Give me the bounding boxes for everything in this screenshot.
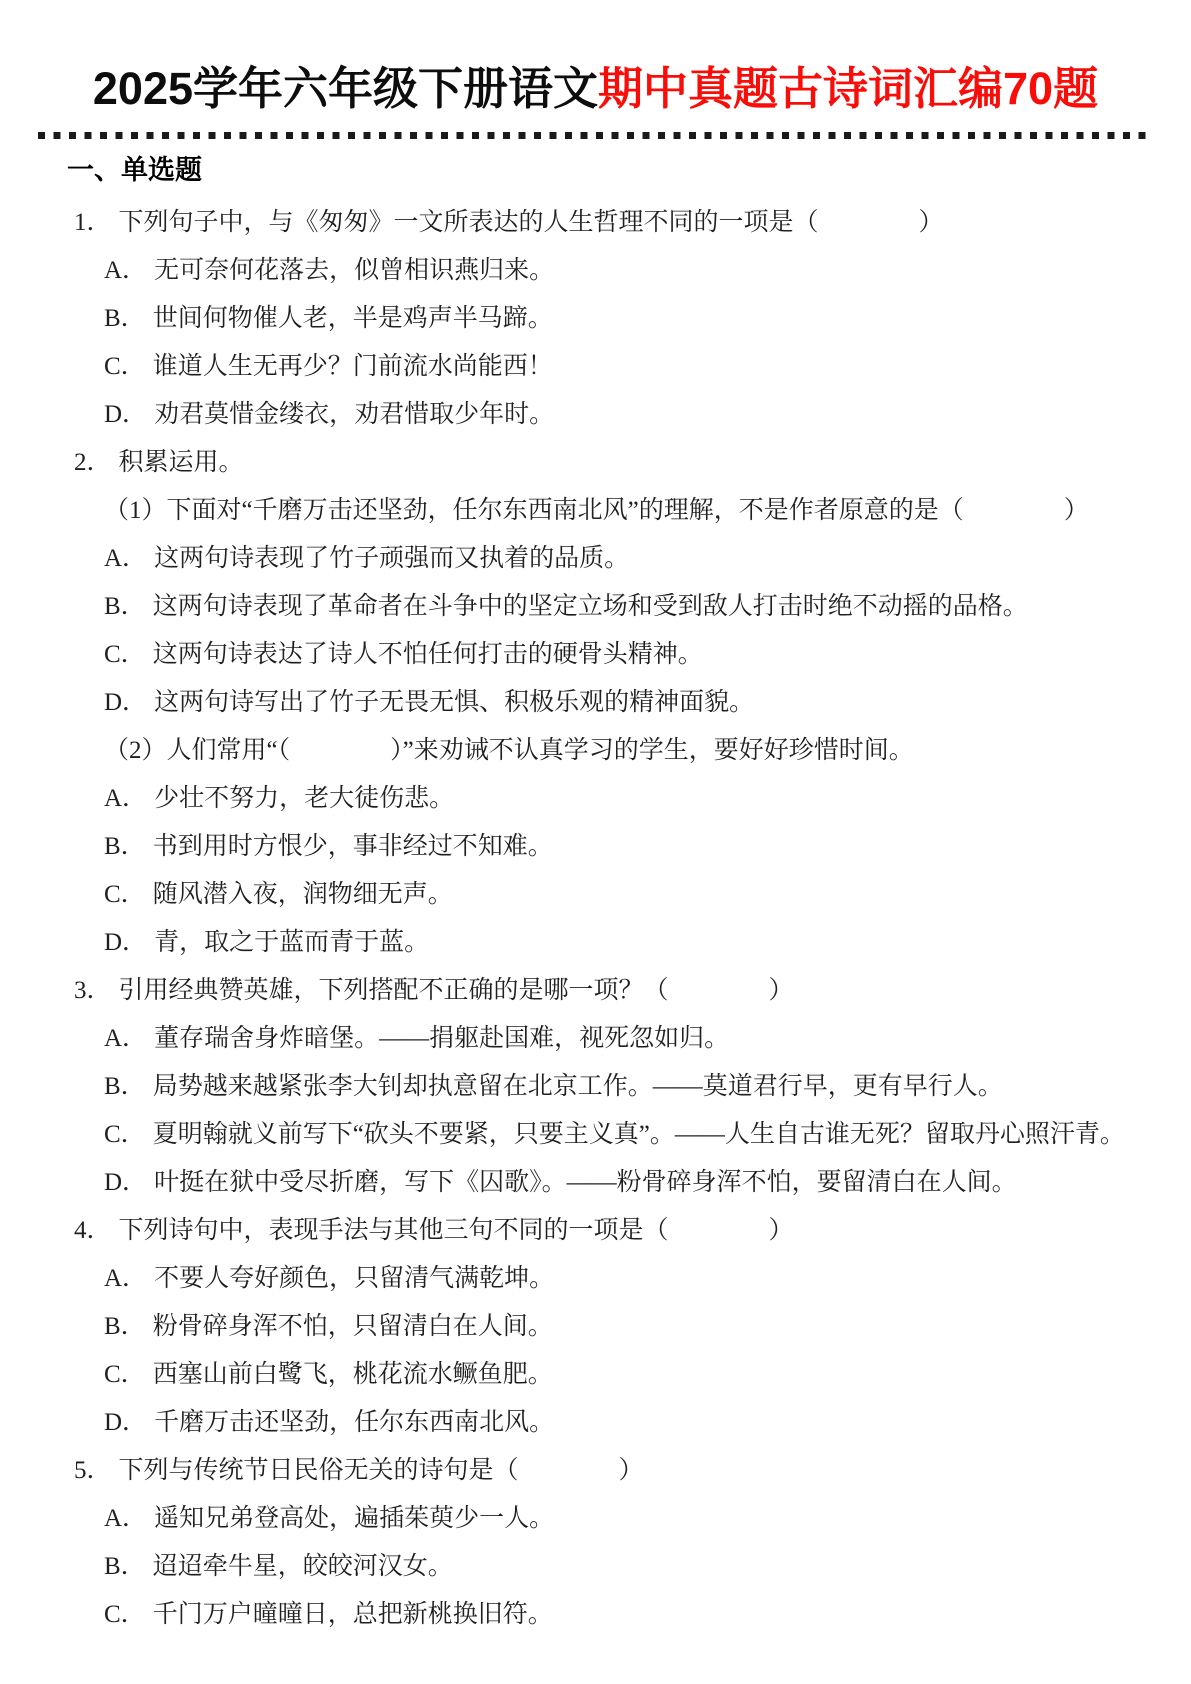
question-2-sub-1-option-d: D．这两句诗写出了竹子无畏无惧、积极乐观的精神面貌。 <box>0 676 1191 724</box>
option-label: B． <box>104 1066 146 1102</box>
option-label: A． <box>104 1258 147 1294</box>
question-4-option-b: B．粉骨碎身浑不怕，只留清白在人间。 <box>0 1300 1191 1348</box>
option-label: A． <box>104 778 147 814</box>
option-text: 千门万户曈曈日，总把新桃换旧符。 <box>153 1594 553 1630</box>
question-5-option-a: A．遥知兄弟登高处，遍插茱萸少一人。 <box>0 1492 1191 1540</box>
option-label: A． <box>104 538 147 574</box>
question-2-sub-1: （1）下面对“千磨万击还坚劲，任尔东西南北风”的理解，不是作者原意的是（ ） <box>0 484 1191 532</box>
question-1-option-c: C．谁道人生无再少？门前流水尚能西！ <box>0 340 1191 388</box>
option-text: 夏明翰就义前写下“砍头不要紧，只要主义真”。——人生自古谁无死？留取丹心照汗青。 <box>153 1114 1125 1150</box>
option-label: D． <box>104 682 147 718</box>
question-2-sub-2-option-a: A．少壮不努力，老大徒伤悲。 <box>0 772 1191 820</box>
page-title: 2025学年六年级下册语文期中真题古诗词汇编70题 <box>0 0 1191 114</box>
option-text: 遥知兄弟登高处，遍插茱萸少一人。 <box>154 1498 554 1534</box>
option-label: C． <box>104 1354 146 1390</box>
option-text: 西塞山前白鹭飞，桃花流水鳜鱼肥。 <box>153 1354 553 1390</box>
option-text: 局势越来越紧张李大钊却执意留在北京工作。——莫道君行早，更有早行人。 <box>153 1066 1003 1102</box>
option-label: C． <box>104 1594 146 1630</box>
option-label: C． <box>104 1114 146 1150</box>
title-red-segment: 期中真题古诗词汇编70题 <box>598 63 1098 114</box>
question-2-sub-2: （2）人们常用“（ ）”来劝诫不认真学习的学生，要好好珍惜时间。 <box>0 724 1191 772</box>
option-label: B． <box>104 826 146 862</box>
option-text: 这两句诗表现了竹子顽强而又执着的品质。 <box>154 538 629 574</box>
question-stem: 积累运用。 <box>119 442 244 478</box>
question-4-option-a: A．不要人夸好颜色，只留清气满乾坤。 <box>0 1252 1191 1300</box>
option-label: B． <box>104 1546 146 1582</box>
option-text: 青，取之于蓝而青于蓝。 <box>154 922 429 958</box>
question-2-sub-2-option-d: D．青，取之于蓝而青于蓝。 <box>0 916 1191 964</box>
option-text: 不要人夸好颜色，只留清气满乾坤。 <box>154 1258 554 1294</box>
option-label: A． <box>104 1018 147 1054</box>
question-2: 2．积累运用。 <box>0 436 1191 484</box>
question-number: 5． <box>74 1450 112 1486</box>
question-5-option-b: B．迢迢牵牛星，皎皎河汉女。 <box>0 1540 1191 1588</box>
question-number: 4． <box>74 1210 112 1246</box>
option-label: D． <box>104 1402 147 1438</box>
question-number: 1． <box>74 202 112 238</box>
question-stem: 下列诗句中，表现手法与其他三句不同的一项是（ ） <box>119 1210 794 1246</box>
question-2-sub-1-option-b: B．这两句诗表现了革命者在斗争中的坚定立场和受到敌人打击时绝不动摇的品格。 <box>0 580 1191 628</box>
option-text: 叶挺在狱中受尽折磨，写下《囚歌》。——粉骨碎身浑不怕，要留清白在人间。 <box>154 1162 1017 1198</box>
subquestion-label: （2） <box>104 730 167 766</box>
question-5-option-c: C．千门万户曈曈日，总把新桃换旧符。 <box>0 1588 1191 1636</box>
option-text: 这两句诗表达了诗人不怕任何打击的硬骨头精神。 <box>153 634 703 670</box>
question-3-option-c: C．夏明翰就义前写下“砍头不要紧，只要主义真”。——人生自古谁无死？留取丹心照汗… <box>0 1108 1191 1156</box>
option-label: D． <box>104 394 147 430</box>
subquestion-stem: 人们常用“（ ）”来劝诫不认真学习的学生，要好好珍惜时间。 <box>167 730 914 766</box>
question-4-option-d: D．千磨万击还坚劲，任尔东西南北风。 <box>0 1396 1191 1444</box>
section-heading: 一、单选题 <box>0 139 1191 196</box>
question-number: 2． <box>74 442 112 478</box>
question-3-option-a: A．董存瑞舍身炸暗堡。——捐躯赴国难，视死忽如归。 <box>0 1012 1191 1060</box>
question-1-option-b: B．世间何物催人老，半是鸡声半马蹄。 <box>0 292 1191 340</box>
question-2-sub-1-option-a: A．这两句诗表现了竹子顽强而又执着的品质。 <box>0 532 1191 580</box>
question-2-sub-2-option-c: C．随风潜入夜，润物细无声。 <box>0 868 1191 916</box>
question-5: 5．下列与传统节日民俗无关的诗句是（ ） <box>0 1444 1191 1492</box>
option-text: 谁道人生无再少？门前流水尚能西！ <box>153 346 553 382</box>
option-text: 无可奈何花落去，似曾相识燕归来。 <box>154 250 554 286</box>
title-black-segment: 2025学年六年级下册语文 <box>93 63 598 114</box>
option-text: 随风潜入夜，润物细无声。 <box>153 874 453 910</box>
option-label: B． <box>104 1306 146 1342</box>
option-text: 书到用时方恨少，事非经过不知难。 <box>153 826 553 862</box>
option-text: 这两句诗写出了竹子无畏无惧、积极乐观的精神面貌。 <box>154 682 754 718</box>
question-1-option-d: D．劝君莫惜金缕衣，劝君惜取少年时。 <box>0 388 1191 436</box>
question-list: 1．下列句子中，与《匆匆》一文所表达的人生哲理不同的一项是（ ） A．无可奈何花… <box>0 196 1191 1636</box>
option-label: C． <box>104 634 146 670</box>
question-stem: 下列句子中，与《匆匆》一文所表达的人生哲理不同的一项是（ ） <box>119 202 944 238</box>
question-3: 3．引用经典赞英雄，下列搭配不正确的是哪一项？（ ） <box>0 964 1191 1012</box>
option-label: D． <box>104 1162 147 1198</box>
dotted-divider <box>38 132 1153 139</box>
option-text: 迢迢牵牛星，皎皎河汉女。 <box>153 1546 453 1582</box>
option-label: C． <box>104 874 146 910</box>
option-text: 世间何物催人老，半是鸡声半马蹄。 <box>153 298 553 334</box>
question-1-option-a: A．无可奈何花落去，似曾相识燕归来。 <box>0 244 1191 292</box>
option-text: 少壮不努力，老大徒伤悲。 <box>154 778 454 814</box>
question-3-option-d: D．叶挺在狱中受尽折磨，写下《囚歌》。——粉骨碎身浑不怕，要留清白在人间。 <box>0 1156 1191 1204</box>
question-2-sub-2-option-b: B．书到用时方恨少，事非经过不知难。 <box>0 820 1191 868</box>
option-text: 千磨万击还坚劲，任尔东西南北风。 <box>154 1402 554 1438</box>
question-4-option-c: C．西塞山前白鹭飞，桃花流水鳜鱼肥。 <box>0 1348 1191 1396</box>
question-3-option-b: B．局势越来越紧张李大钊却执意留在北京工作。——莫道君行早，更有早行人。 <box>0 1060 1191 1108</box>
subquestion-stem: 下面对“千磨万击还坚劲，任尔东西南北风”的理解，不是作者原意的是（ ） <box>167 490 1089 526</box>
question-2-sub-1-option-c: C．这两句诗表达了诗人不怕任何打击的硬骨头精神。 <box>0 628 1191 676</box>
question-stem: 引用经典赞英雄，下列搭配不正确的是哪一项？（ ） <box>119 970 794 1006</box>
exam-page: 2025学年六年级下册语文期中真题古诗词汇编70题 一、单选题 1．下列句子中，… <box>0 0 1191 1684</box>
question-4: 4．下列诗句中，表现手法与其他三句不同的一项是（ ） <box>0 1204 1191 1252</box>
option-text: 劝君莫惜金缕衣，劝君惜取少年时。 <box>154 394 554 430</box>
option-label: B． <box>104 298 146 334</box>
option-label: D． <box>104 922 147 958</box>
question-1: 1．下列句子中，与《匆匆》一文所表达的人生哲理不同的一项是（ ） <box>0 196 1191 244</box>
option-label: A． <box>104 1498 147 1534</box>
option-label: A． <box>104 250 147 286</box>
option-text: 粉骨碎身浑不怕，只留清白在人间。 <box>153 1306 553 1342</box>
subquestion-label: （1） <box>104 490 167 526</box>
option-label: B． <box>104 586 146 622</box>
option-text: 董存瑞舍身炸暗堡。——捐躯赴国难，视死忽如归。 <box>154 1018 729 1054</box>
question-number: 3． <box>74 970 112 1006</box>
question-stem: 下列与传统节日民俗无关的诗句是（ ） <box>119 1450 644 1486</box>
option-label: C． <box>104 346 146 382</box>
option-text: 这两句诗表现了革命者在斗争中的坚定立场和受到敌人打击时绝不动摇的品格。 <box>153 586 1028 622</box>
